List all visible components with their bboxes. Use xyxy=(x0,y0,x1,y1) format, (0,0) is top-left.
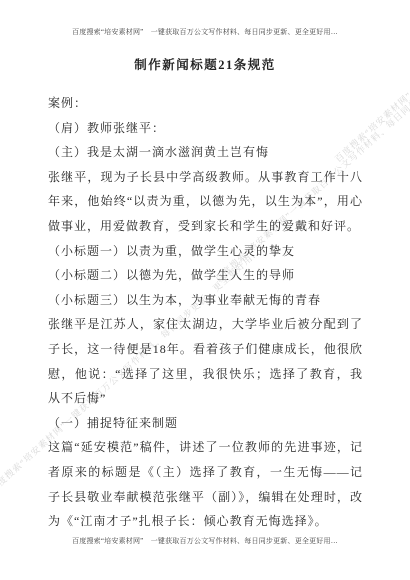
paragraph-subtitle-1: （小标题一）以责为重，做学生心灵的挚友 xyxy=(48,239,363,264)
document-body: 案例： （肩）教师张继平： （主）我是太湖一滴水滋润黄土岂有悔 张继平，现为子长… xyxy=(48,91,363,534)
paragraph-subtitle-3: （小标题三）以生为本，为事业奉献无悔的青春 xyxy=(48,288,363,313)
footer-promo-note: 百度搜索“培安素材网” 一键获取百万公文写作材料、每日同步更新、更全更好用… xyxy=(0,536,410,546)
document-title: 制作新闻标题21条规范 xyxy=(0,55,410,73)
paragraph-intro: 张继平，现为子长县中学高级教师。从事教育工作十八年来，他始终“以责为重，以德为先… xyxy=(48,165,363,239)
paragraph-subtitle-2: （小标题二）以德为先，做学生人生的导师 xyxy=(48,263,363,288)
header-promo-note: 百度搜索“培安素材网” 一键获取百万公文写作材料、每日同步更新、更全更好用… xyxy=(0,27,410,37)
paragraph-analysis: 这篇“延安模范”稿件，讲述了一位教师的先进事迹，记者原来的标题是《（主）选择了教… xyxy=(48,435,363,533)
paragraph-main-title: （主）我是太湖一滴水滋润黄土岂有悔 xyxy=(48,140,363,165)
paragraph-section-heading: （一）捕捉特征来制题 xyxy=(48,411,363,436)
paragraph-shoulder-title: （肩）教师张继平： xyxy=(48,116,363,141)
paragraph-story: 张继平是江苏人，家住太湖边，大学毕业后被分配到了子长，这一待便是18年。看着孩子… xyxy=(48,312,363,410)
paragraph-case-label: 案例： xyxy=(48,91,363,116)
document-page: 百度搜索“培安素材网”一键获取百万公文写作材料、每日同步更新、更全更好用… 百度… xyxy=(0,0,410,580)
